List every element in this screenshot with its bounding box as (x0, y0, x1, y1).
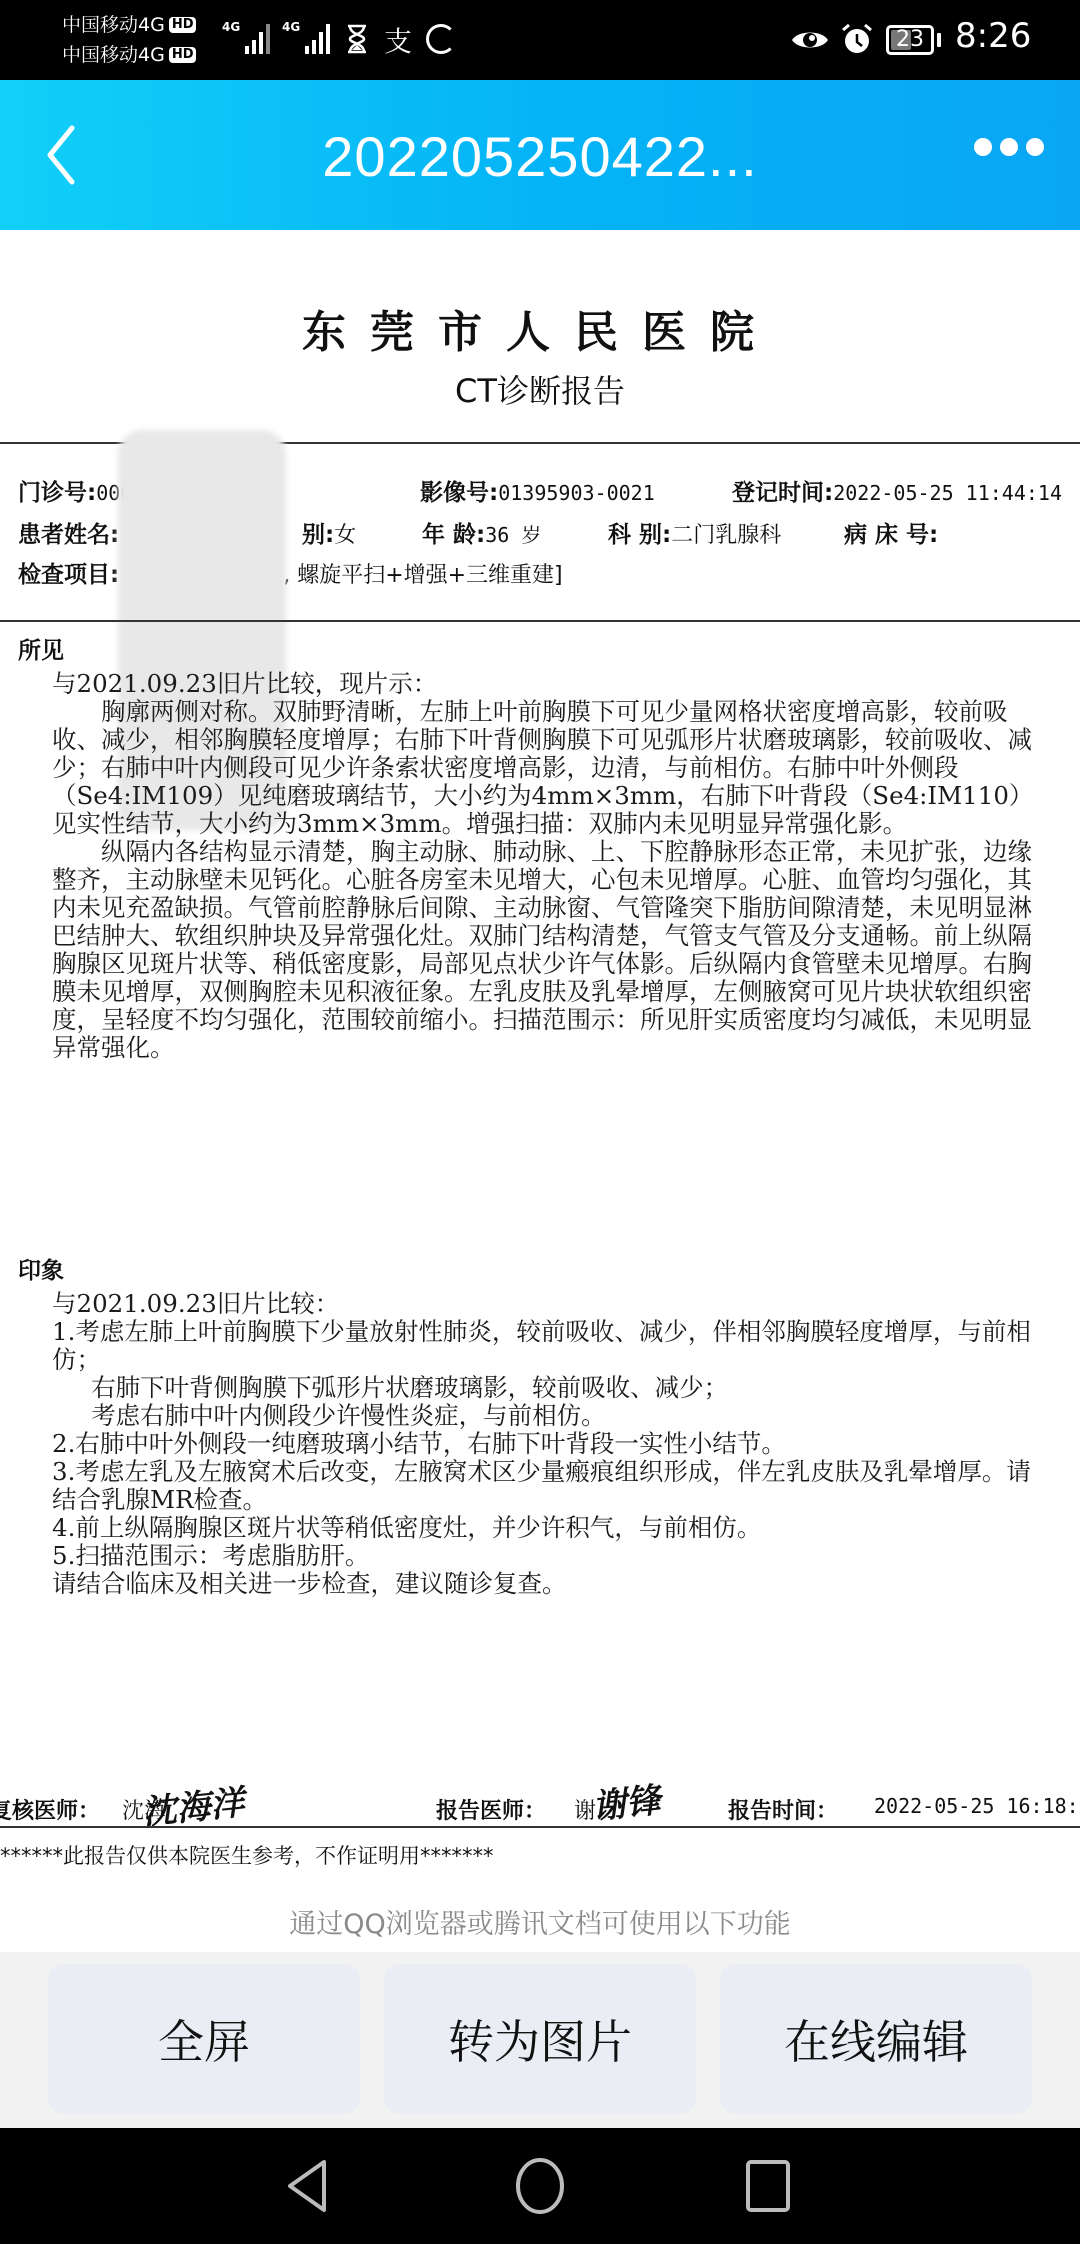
reviewer-label: 复核医师： (0, 1794, 100, 1825)
findings-text: 与2021.09.23旧片比较，现片示： 胸廓两侧对称。双肺野清晰，左肺上叶前胸… (52, 670, 1052, 1062)
eye-icon (790, 26, 830, 54)
more-options-button[interactable] (974, 138, 1044, 156)
clock: 8:26 (955, 16, 1031, 56)
signal-2-icon: 4G (282, 20, 330, 54)
nav-recents-icon[interactable] (744, 2156, 794, 2216)
alipay-icon: 支 (384, 20, 412, 60)
alarm-icon (840, 22, 874, 56)
age: 年 龄:36 岁 (422, 516, 541, 549)
online-edit-button[interactable]: 在线编辑 (720, 1964, 1032, 2114)
loading-icon (426, 24, 456, 54)
system-nav-bar (0, 2128, 1080, 2244)
reporter-signature: 谢锋 (590, 1773, 663, 1829)
page-title: 202205250422... (0, 124, 1080, 189)
hd-badge-1: HD (169, 17, 197, 33)
findings-title: 所见 (18, 632, 64, 665)
battery-level: 23 (896, 27, 924, 52)
impression-text: 与2021.09.23旧片比较： 1.考虑左肺上叶前胸膜下少量放射性肺炎，较前吸… (52, 1290, 1052, 1598)
info-row-1: 门诊号:000 (18, 474, 132, 507)
dot-icon (974, 138, 992, 156)
signal-1-icon: 4G (222, 20, 270, 54)
divider (0, 620, 1080, 622)
divider (0, 1826, 1080, 1828)
impression-title: 印象 (18, 1252, 64, 1285)
nav-home-icon[interactable] (512, 2156, 568, 2216)
signature-row: 复核医师： 沈海 沈海洋 报告医师： 谢 谢锋 报告时间： 2022-05-25… (0, 1786, 1080, 1826)
image-number: 影像号:01395903-0021 (420, 474, 655, 507)
carrier-1: 中国移动4G HD (62, 14, 196, 36)
department: 科 别:二门乳腺科 (608, 516, 781, 549)
feature-hint: 通过QQ浏览器或腾讯文档可使用以下功能 (0, 1902, 1080, 1941)
bed-number: 病 床 号: (844, 516, 938, 549)
gender: 别:女 (302, 516, 356, 549)
report-time-label: 报告时间： (728, 1794, 838, 1825)
hd-badge-2: HD (169, 47, 197, 63)
carrier-2-label: 中国移动4G (62, 44, 165, 66)
app-header: 202205250422... (0, 80, 1080, 230)
action-bar: 全屏 转为图片 在线编辑 (0, 1952, 1080, 2128)
nav-back-icon[interactable] (282, 2156, 332, 2216)
convert-to-image-button[interactable]: 转为图片 (384, 1964, 696, 2114)
report-time-value: 2022-05-25 16:18: (874, 1794, 1079, 1818)
patient-name: 患者姓名: (18, 516, 119, 549)
fullscreen-button[interactable]: 全屏 (48, 1964, 360, 2114)
hospital-name: 东莞市人民医院 (0, 296, 1080, 360)
carrier-2: 中国移动4G HD (62, 44, 196, 66)
exam-item: 检查项目:轴位, 螺旋平扫+增强+三维重建] (18, 556, 563, 589)
report-type: CT诊断报告 (0, 366, 1080, 412)
reporter-label: 报告医师： (436, 1794, 546, 1825)
status-bar: 中国移动4G HD 中国移动4G HD 4G 4G 支 23 8:26 (0, 0, 1080, 80)
battery-icon: 23 (886, 25, 934, 55)
hourglass-icon (346, 24, 368, 54)
report-document[interactable]: 东莞市人民医院 CT诊断报告 门诊号:000 影像号:01395903-0021… (0, 230, 1080, 1948)
disclaimer: ******此报告仅供本院医生参考，不作证明用******* (0, 1840, 494, 1870)
carrier-1-label: 中国移动4G (62, 14, 165, 36)
register-time: 登记时间:2022-05-25 11:44:14 (732, 474, 1062, 507)
